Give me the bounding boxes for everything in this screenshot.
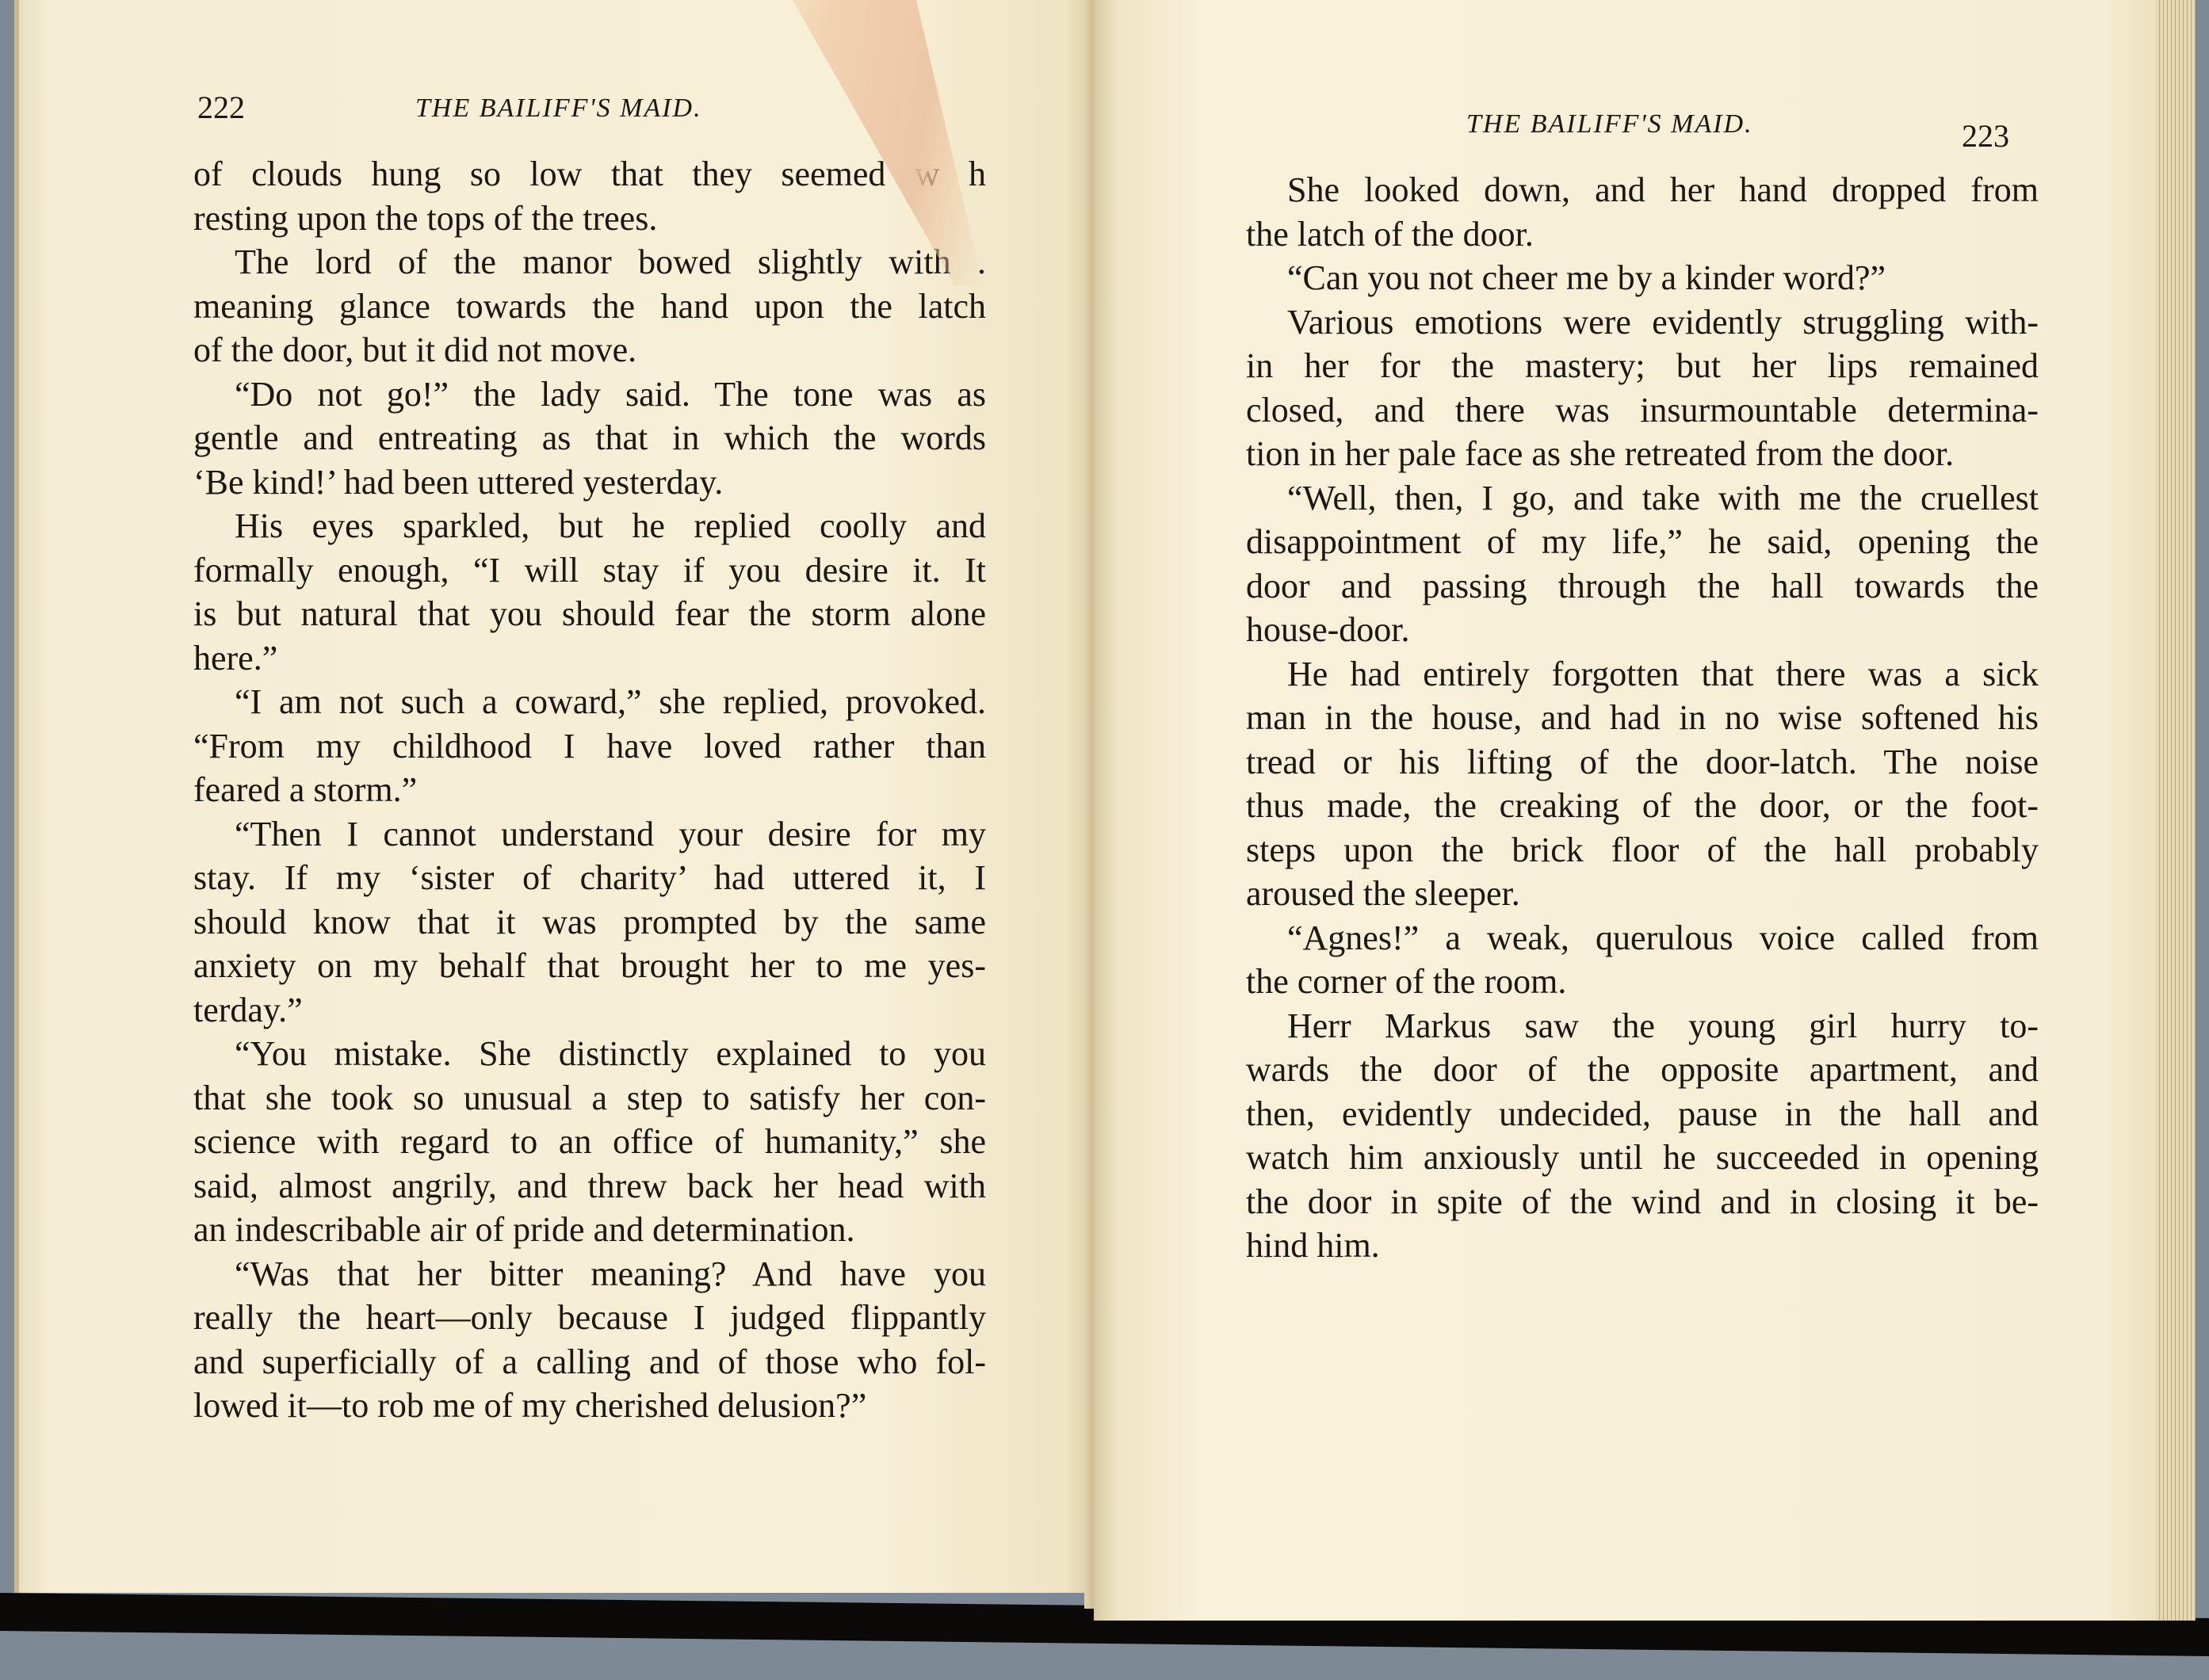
text-line: science with regard to an office of huma… — [193, 1120, 986, 1164]
text-line: and superficially of a calling and of th… — [193, 1340, 986, 1384]
text-line: “You mistake. She distinctly explained t… — [193, 1032, 986, 1076]
text-line: in her for the mastery; but her lips rem… — [1246, 344, 2039, 388]
text-line: gentle and entreating as that in which t… — [193, 416, 986, 460]
text-line: here.” — [193, 636, 986, 681]
text-line: “Was that her bitter meaning? And have y… — [193, 1252, 986, 1296]
text-line: The lord of the manor bowed slightly wit… — [193, 240, 986, 284]
text-line: really the heart—only because I judged f… — [193, 1296, 986, 1340]
text-line: resting upon the tops of the trees. — [193, 197, 986, 241]
text-line: closed, and there was insurmountable det… — [1246, 388, 2039, 433]
text-line: “I am not such a coward,” she replied, p… — [193, 680, 986, 724]
running-head: THE BAILIFF'S MAID. — [1466, 109, 1753, 139]
text-line: “Well, then, I go, and take with me the … — [1246, 476, 2039, 521]
right-page: THE BAILIFF'S MAID. 223 She looked down,… — [1094, 0, 2156, 1621]
page-number: 223 — [1962, 117, 2009, 155]
text-line: of the door, but it did not move. — [193, 328, 986, 372]
text-line: ‘Be kind!’ had been uttered yesterday. — [193, 460, 986, 505]
text-line: “Can you not cheer me by a kinder word?” — [1246, 256, 2039, 300]
page-body: of clouds hung so low that they seemed w… — [193, 152, 986, 1428]
text-line: “Then I cannot understand your desire fo… — [193, 812, 986, 857]
text-line: terday.” — [193, 988, 986, 1033]
text-line: the latch of the door. — [1246, 212, 2039, 257]
text-line: stay. If my ‘sister of charity’ had utte… — [193, 856, 986, 900]
text-line: formally enough, “I will stay if you des… — [193, 548, 986, 593]
page-number: 222 — [197, 89, 245, 126]
text-line: then, evidently undecided, pause in the … — [1246, 1092, 2039, 1136]
text-line: tion in her pale face as she retreated f… — [1246, 432, 2039, 476]
text-line: is but natural that you should fear the … — [193, 592, 986, 636]
text-line: an indescribable air of pride and determ… — [193, 1208, 986, 1252]
text-line: house-door. — [1246, 608, 2039, 652]
text-line: feared a storm.” — [193, 768, 986, 812]
text-line: of clouds hung so low that they seemed w… — [193, 152, 986, 197]
text-line: anxiety on my behalf that brought her to… — [193, 944, 986, 988]
text-line: Various emotions were evidently struggli… — [1246, 300, 2039, 345]
text-line: His eyes sparkled, but he replied coolly… — [193, 504, 986, 548]
text-line: “From my childhood I have loved rather t… — [193, 724, 986, 769]
text-line: He had entirely forgotten that there was… — [1246, 652, 2039, 697]
text-line: “Do not go!” the lady said. The tone was… — [193, 372, 986, 417]
page-body: She looked down, and her hand dropped fr… — [1246, 168, 2039, 1268]
text-line: thus made, the creaking of the door, or … — [1246, 784, 2039, 828]
text-line: tread or his lifting of the door-latch. … — [1246, 740, 2039, 785]
running-head: THE BAILIFF'S MAID. — [415, 94, 702, 124]
text-line: steps upon the brick floor of the hall p… — [1246, 828, 2039, 872]
text-line: door and passing through the hall toward… — [1246, 564, 2039, 609]
text-line: man in the house, and had in no wise sof… — [1246, 696, 2039, 740]
text-line: said, almost angrily, and threw back her… — [193, 1164, 986, 1208]
text-line: the corner of the room. — [1246, 960, 2039, 1004]
text-line: wards the door of the opposite apartment… — [1246, 1048, 2039, 1092]
text-line: lowed it—to rob me of my cherished delus… — [193, 1384, 986, 1428]
text-line: watch him anxiously until he succeeded i… — [1246, 1136, 2039, 1180]
text-line: that she took so unusual a step to satis… — [193, 1076, 986, 1121]
text-line: She looked down, and her hand dropped fr… — [1246, 168, 2039, 212]
text-line: “Agnes!” a weak, querulous voice called … — [1246, 916, 2039, 960]
text-line: the door in spite of the wind and in clo… — [1246, 1180, 2039, 1224]
text-line: meaning glance towards the hand upon the… — [193, 284, 986, 329]
text-line: should know that it was prompted by the … — [193, 900, 986, 945]
page-edges — [2156, 0, 2196, 1621]
text-line: hind him. — [1246, 1224, 2039, 1268]
text-line: disappointment of my life,” he said, ope… — [1246, 520, 2039, 564]
text-line: Herr Markus saw the young girl hurry to- — [1246, 1004, 2039, 1048]
text-line: aroused the sleeper. — [1246, 872, 2039, 916]
